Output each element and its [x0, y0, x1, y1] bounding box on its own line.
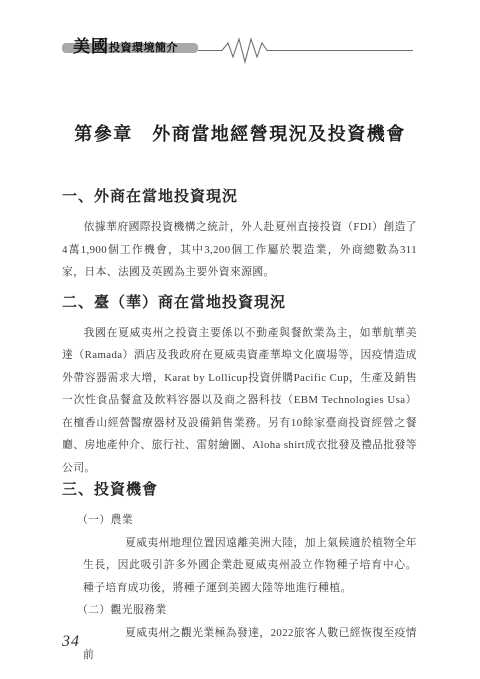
chapter-title: 第參章 外商當地經營現況及投資機會 — [0, 120, 480, 146]
brand-title-primary: 美國 — [73, 38, 109, 55]
subsection-paragraph-tourism: 夏威夷州之觀光業極為發達，2022旅客人數已經恢復至疫情前 — [83, 622, 417, 667]
section-heading-2: 二、臺（華）商在當地投資現況 — [62, 292, 417, 314]
subsection-label-tourism: （二）觀光服務業 — [77, 599, 417, 622]
page-content: 一、外商在當地投資現況 依據華府國際投資機構之統計，外人赴夏州直接投資（FDI）… — [62, 186, 417, 667]
section-heading-3: 三、投資機會 — [62, 479, 417, 501]
section-2-paragraph: 我國在夏威夷州之投資主要係以不動產與餐飲業為主，如華航華美達（Ramada）酒店… — [62, 322, 417, 480]
section-1-paragraph: 依據華府國際投資機構之統計，外人赴夏州直接投資（FDI）創造了4萬1,900個工… — [62, 216, 417, 284]
page-number: 34 — [62, 633, 80, 651]
section-heading-1: 一、外商在當地投資現況 — [62, 186, 417, 208]
subsection-label-agriculture: （一）農業 — [77, 509, 417, 532]
brand-title: 美國投資環境簡介 — [73, 38, 178, 55]
brand-title-secondary: 投資環境簡介 — [109, 43, 178, 55]
document-page: 美國投資環境簡介 第參章 外商當地經營現況及投資機會 一、外商在當地投資現況 依… — [0, 0, 480, 679]
pulse-zigzag-rule-icon — [196, 36, 414, 66]
subsection-paragraph-agriculture: 夏威夷州地理位置因遠離美洲大陸，加上氣候適於植物全年生長，因此吸引許多外國企業赴… — [83, 532, 417, 600]
